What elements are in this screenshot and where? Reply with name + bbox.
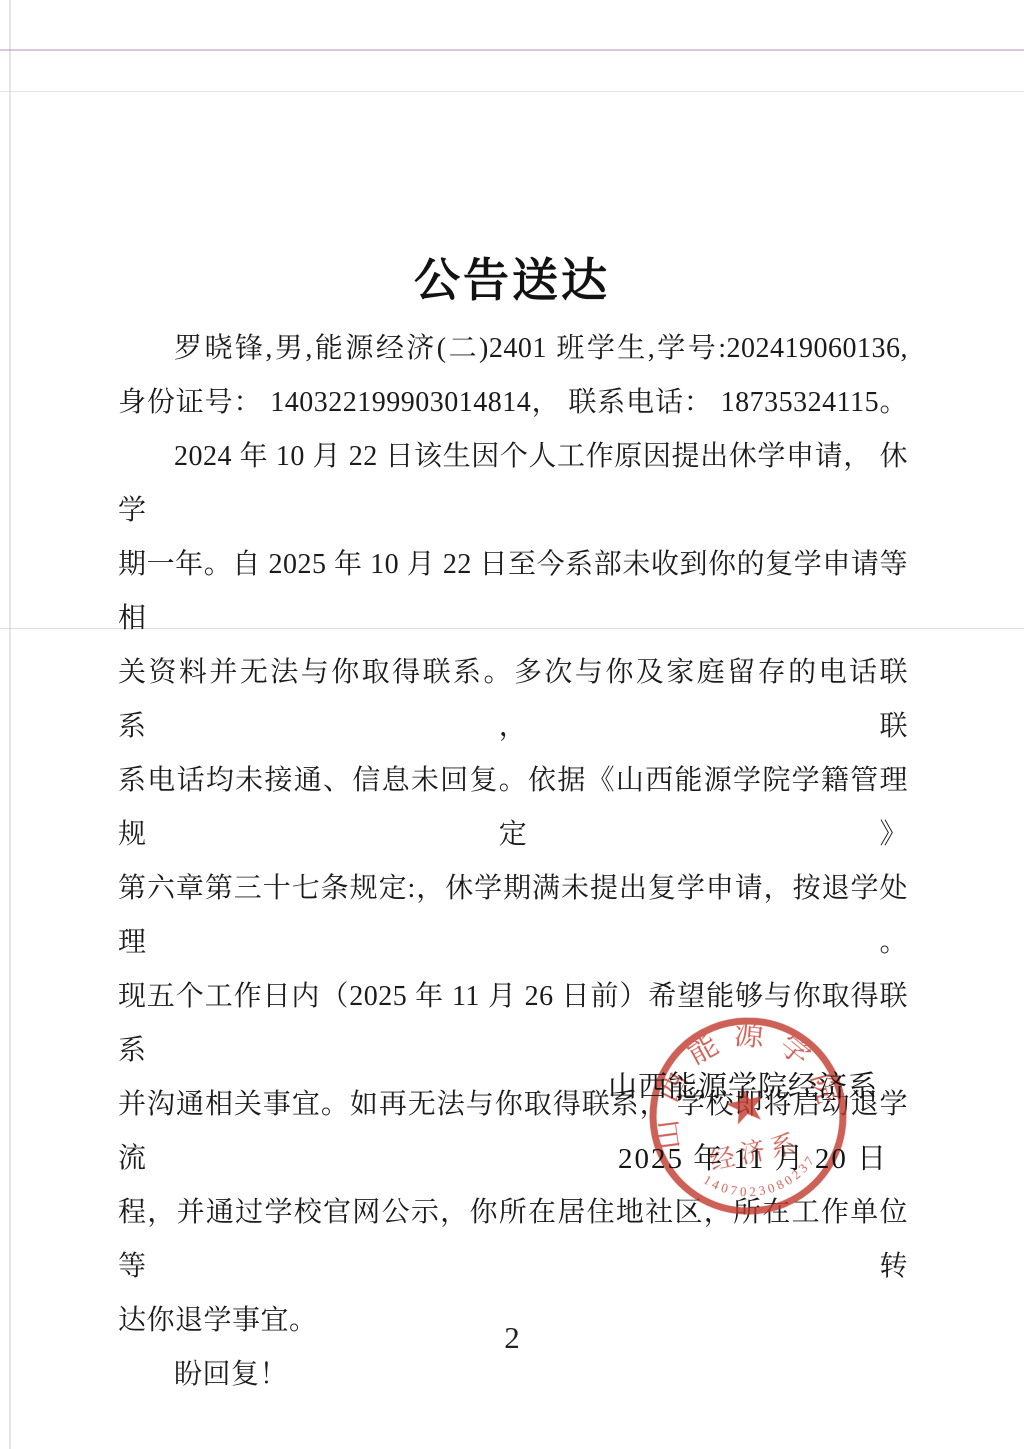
signature-date: 2025 年 11 月 20 日: [618, 1136, 888, 1177]
body-line: 2024 年 10 月 22 日该生因个人工作原因提出休学申请， 休学: [118, 430, 908, 538]
signature-department: 山西能源学院经济系: [608, 1064, 888, 1105]
body-line: 期一年。自 2025 年 10 月 22 日至今系部未收到你的复学申请等相: [118, 538, 908, 646]
body-line: 罗晓锋,男,能源经济(二)2401 班学生,学号:202419060136,: [118, 322, 908, 376]
body-line: 系电话均未接通、信息未回复。依据《山西能源学院学籍管理规定》: [118, 754, 908, 862]
body-line: 第六章第三十七条规定:，休学期满未提出复学申请，按退学处理。: [118, 862, 908, 970]
body-line: 盼回复！: [118, 1348, 908, 1402]
signature-block: 山西能源学院经济系 2025 年 11 月 20 日: [608, 1064, 888, 1177]
scan-artifact-gray-line-top: [0, 91, 1024, 92]
body-line: 身份证号： 140322199903014814， 联系电话： 18735324…: [118, 376, 908, 430]
body-line: 关资料并无法与你取得联系。多次与你及家庭留存的电话联系，联: [118, 646, 908, 754]
page-number: 2: [0, 1320, 1024, 1356]
scan-artifact-vertical-line: [9, 0, 11, 1449]
document-body: 罗晓锋,男,能源经济(二)2401 班学生,学号:202419060136, 身…: [118, 322, 908, 1402]
scan-artifact-purple-line: [0, 49, 1024, 51]
document-title: 公告送达: [0, 244, 1024, 310]
